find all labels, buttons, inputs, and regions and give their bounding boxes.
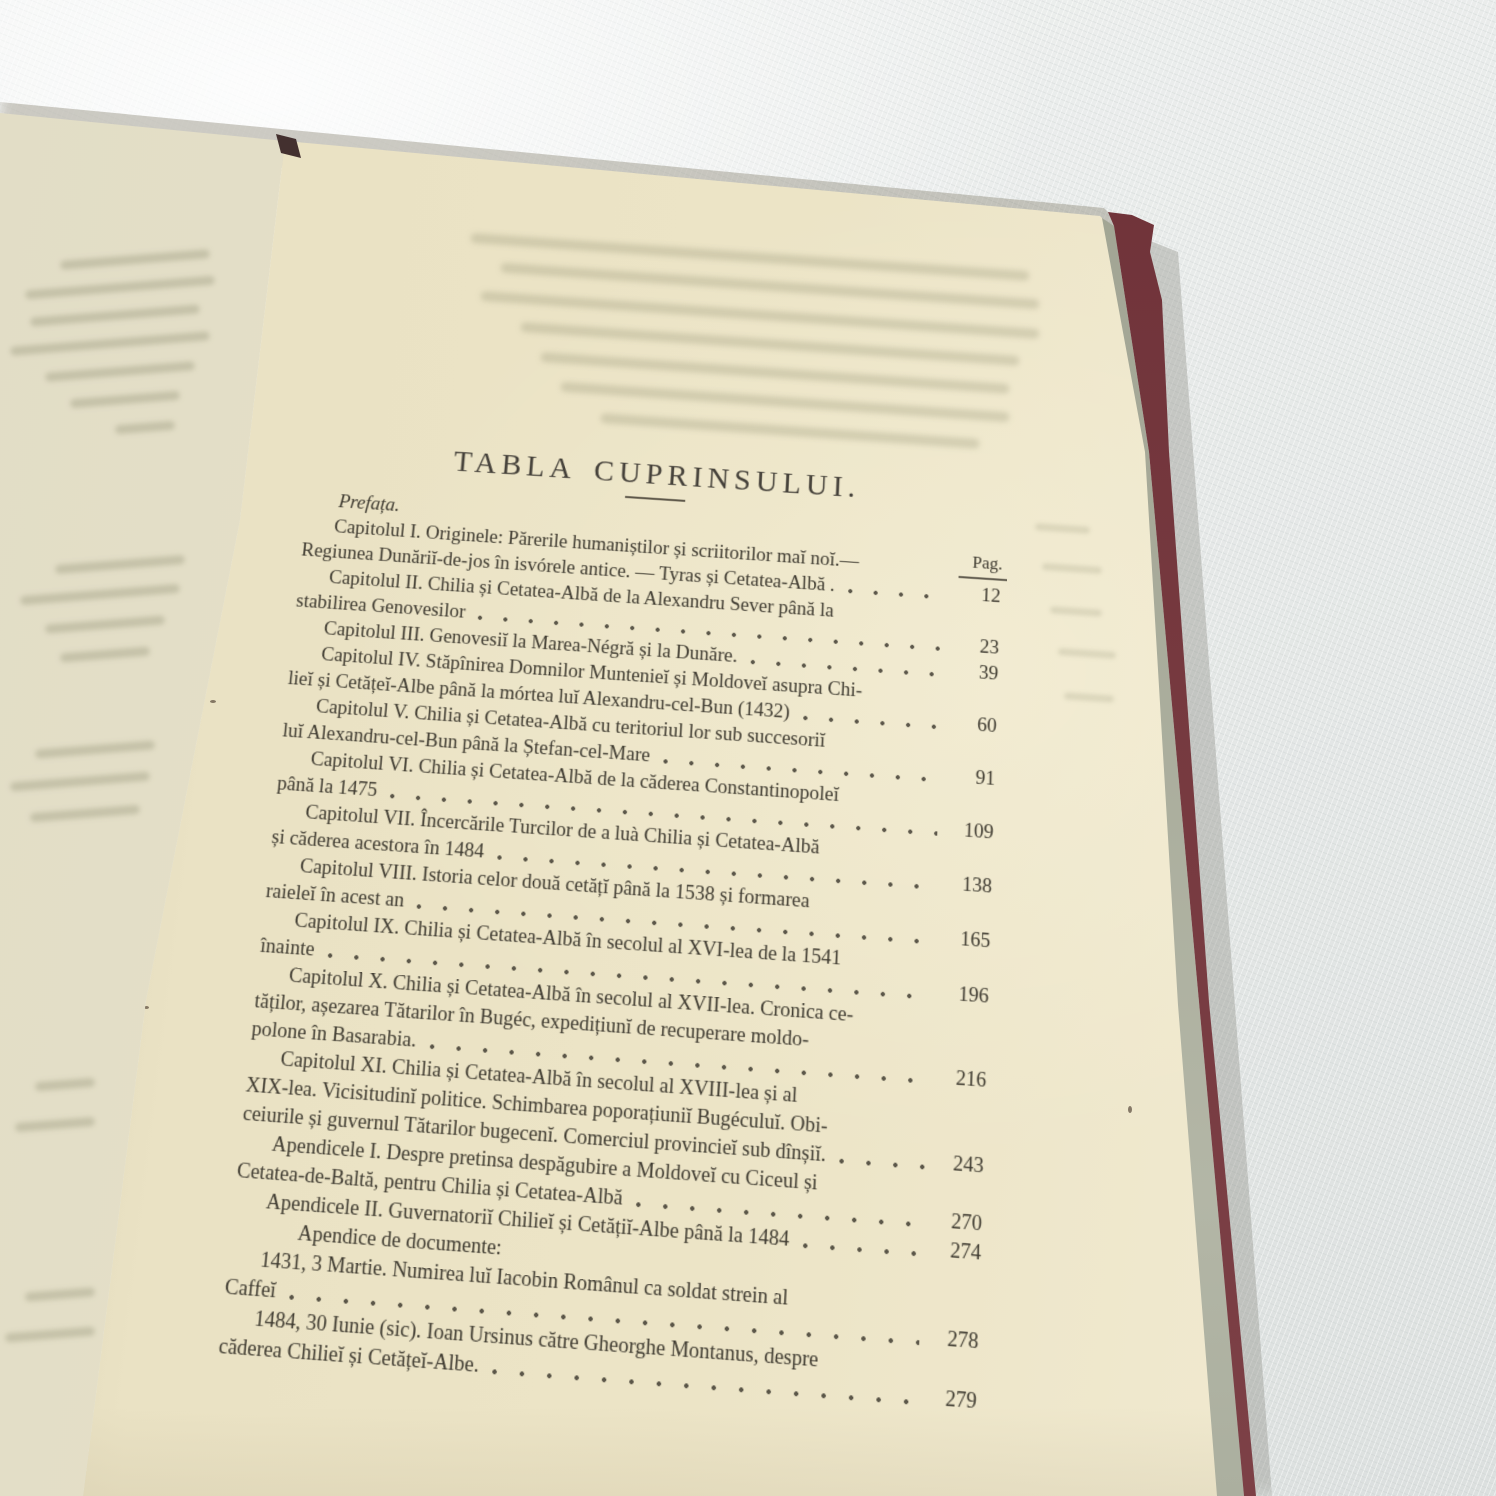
toc-content: TABLA CUPRINSULUI. Pag. Prefața. Capitol… xyxy=(217,433,1004,1416)
ghost-text-line xyxy=(55,555,185,574)
page-column-header: Pag. xyxy=(959,548,1008,581)
page-number: 270 xyxy=(932,1206,983,1239)
page-number: 12 xyxy=(953,581,1001,610)
page-number: 243 xyxy=(934,1148,984,1180)
page-number: 278 xyxy=(928,1323,979,1356)
ghost-text-line xyxy=(15,1117,95,1132)
page-number: 39 xyxy=(951,658,999,687)
ink-mark xyxy=(1128,1106,1132,1113)
show-through-line xyxy=(600,413,980,449)
ghost-text-line xyxy=(5,1326,95,1342)
page-number: 60 xyxy=(949,710,997,739)
page-number: 196 xyxy=(940,979,990,1010)
ghost-text-line xyxy=(30,304,200,326)
ghost-text-line xyxy=(35,1078,96,1092)
ghost-text-line xyxy=(45,615,165,633)
show-through-line xyxy=(1058,648,1116,659)
ghost-text-line xyxy=(70,391,180,409)
ghost-text-line xyxy=(115,421,176,435)
ghost-text-line xyxy=(60,249,210,270)
page-number: 216 xyxy=(937,1063,987,1095)
toc-entries: Capitolul I. Originele: Părerile humaniș… xyxy=(217,512,1001,1417)
title-rule xyxy=(625,496,685,502)
show-through-line xyxy=(1042,563,1102,574)
ghost-text-line xyxy=(35,740,155,758)
page-number: 165 xyxy=(942,924,991,955)
show-through-line xyxy=(1050,606,1102,617)
ghost-text-line xyxy=(45,361,195,382)
page-number: 91 xyxy=(947,763,995,793)
show-through-line xyxy=(1064,692,1114,702)
ghost-text-line xyxy=(25,1287,95,1301)
toc-line-text: înainte xyxy=(259,932,316,963)
ghost-text-line xyxy=(10,772,150,792)
book-photo-scene: TABLA CUPRINSULUI. Pag. Prefața. Capitol… xyxy=(0,0,1496,1496)
page-number: 274 xyxy=(931,1235,982,1268)
ghost-text-line xyxy=(30,805,140,823)
page-number: 279 xyxy=(926,1383,978,1417)
page-number: 109 xyxy=(945,816,994,846)
ghost-text-line xyxy=(10,331,210,356)
toc-line-text: Caffeĭ xyxy=(223,1272,277,1305)
page-number: 23 xyxy=(952,632,1000,661)
ghost-text-line xyxy=(20,584,180,606)
ghost-text-line xyxy=(60,646,150,662)
ghost-text-line xyxy=(25,276,215,300)
paper-speck xyxy=(210,700,216,703)
page-number: 138 xyxy=(943,870,992,900)
show-through-line xyxy=(1035,523,1090,534)
